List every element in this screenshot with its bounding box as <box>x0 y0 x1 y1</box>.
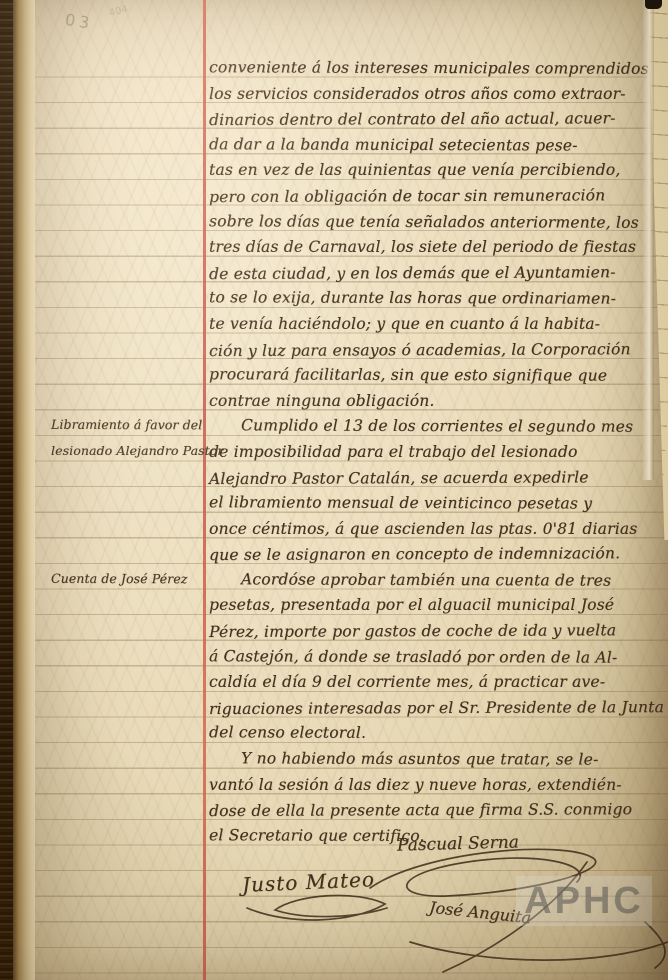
red-margin-line <box>203 0 206 980</box>
manuscript-line: conveniente á los intereses municipales … <box>209 55 668 82</box>
manuscript-line: pesetas, presentada por el alguacil muni… <box>209 593 668 619</box>
manuscript-page: 03 404 Libramiento á favor dellesionado … <box>35 0 668 980</box>
manuscript-line: riguaciones interesadas por el Sr. Presi… <box>209 695 668 723</box>
manuscript-line: el libramiento mensual de veinticinco pe… <box>209 490 668 517</box>
manuscript-line: Cumplido el 13 de los corrientes el segu… <box>209 414 668 441</box>
top-right-corner-shadow <box>645 0 662 9</box>
manuscript-line: tres días de Carnaval, los siete del per… <box>209 235 668 261</box>
margin-note-libramiento: Libramiento á favor dellesionado Alejand… <box>51 412 203 463</box>
manuscript-line: de imposibilidad para el trabajo del les… <box>209 440 668 466</box>
manuscript-line: vantó la sesión á las diez y nueve horas… <box>209 773 668 799</box>
paragraph-cuenta-jose-perez: Acordóse aprobar también una cuenta de t… <box>209 568 668 747</box>
manuscript-line: Y no habiendo más asuntos que tratar, se… <box>209 746 668 773</box>
manuscript-line: dose de ella la presente acta que firma … <box>209 797 668 825</box>
manuscript-line: dinarios dentro del contrato del año act… <box>209 106 668 134</box>
manuscript-line: lesionado Alejandro Pastor <box>51 438 203 464</box>
aphc-watermark: APHC <box>516 876 652 926</box>
manuscript-line: á Castejón, á donde se trasladó por orde… <box>209 644 668 671</box>
manuscript-line: Alejandro Pastor Catalán, se acuerda exp… <box>209 464 668 492</box>
manuscript-line: tas en vez de las quinientas que venía p… <box>209 158 668 184</box>
manuscript-line: to se lo exija, durante las horas que or… <box>209 286 668 313</box>
manuscript-line: los servicios considerados otros años co… <box>209 82 668 108</box>
page-edge-stack <box>13 0 35 980</box>
manuscript-line: te venía haciéndolo; y que en cuanto á l… <box>209 312 668 338</box>
pencil-mark-left: 03 <box>64 10 95 33</box>
manuscript-line: que se le asignaron en concepto de indem… <box>209 541 668 569</box>
manuscript-line: Cuenta de José Pérez <box>51 566 203 592</box>
pencil-mark-right: 404 <box>108 4 129 19</box>
signature-justo-mateo: Justo Mateo <box>242 867 376 897</box>
margin-note-cuenta: Cuenta de José Pérez <box>51 566 203 592</box>
signature-pascual-serna: Pascual Serna <box>397 832 519 855</box>
manuscript-line: ción y luz para ensayos ó academias, la … <box>209 337 668 365</box>
manuscript-line: sobre los días que tenía señalados anter… <box>209 209 668 236</box>
manuscript-line: Acordóse aprobar también una cuenta de t… <box>209 567 668 594</box>
manuscript-line: caldía el día 9 del corriente mes, á pra… <box>209 670 668 696</box>
manuscript-scan: 03 404 Libramiento á favor dellesionado … <box>0 0 668 980</box>
manuscript-body: conveniente á los intereses municipales … <box>209 56 668 849</box>
paragraph-banda-municipal: conveniente á los intereses municipales … <box>209 56 668 414</box>
manuscript-line: contrae ninguna obligación. <box>209 389 668 415</box>
manuscript-line: da dar a la banda municipal setecientas … <box>209 132 668 159</box>
book-binding <box>0 0 13 980</box>
manuscript-line: pero con la obligación de tocar sin remu… <box>209 183 668 211</box>
manuscript-line: de esta ciudad, y en los demás que el Ay… <box>209 260 668 288</box>
manuscript-line: Pérez, importe por gastos de coche de id… <box>209 618 668 646</box>
manuscript-line: del censo electoral. <box>209 721 668 748</box>
manuscript-line: Libramiento á favor del <box>51 412 203 438</box>
manuscript-line: procurará facilitarlas, sin que esto sig… <box>209 362 668 389</box>
paragraph-libramiento: Cumplido el 13 de los corrientes el segu… <box>209 414 668 568</box>
manuscript-line: once céntimos, á que ascienden las ptas.… <box>209 517 668 543</box>
